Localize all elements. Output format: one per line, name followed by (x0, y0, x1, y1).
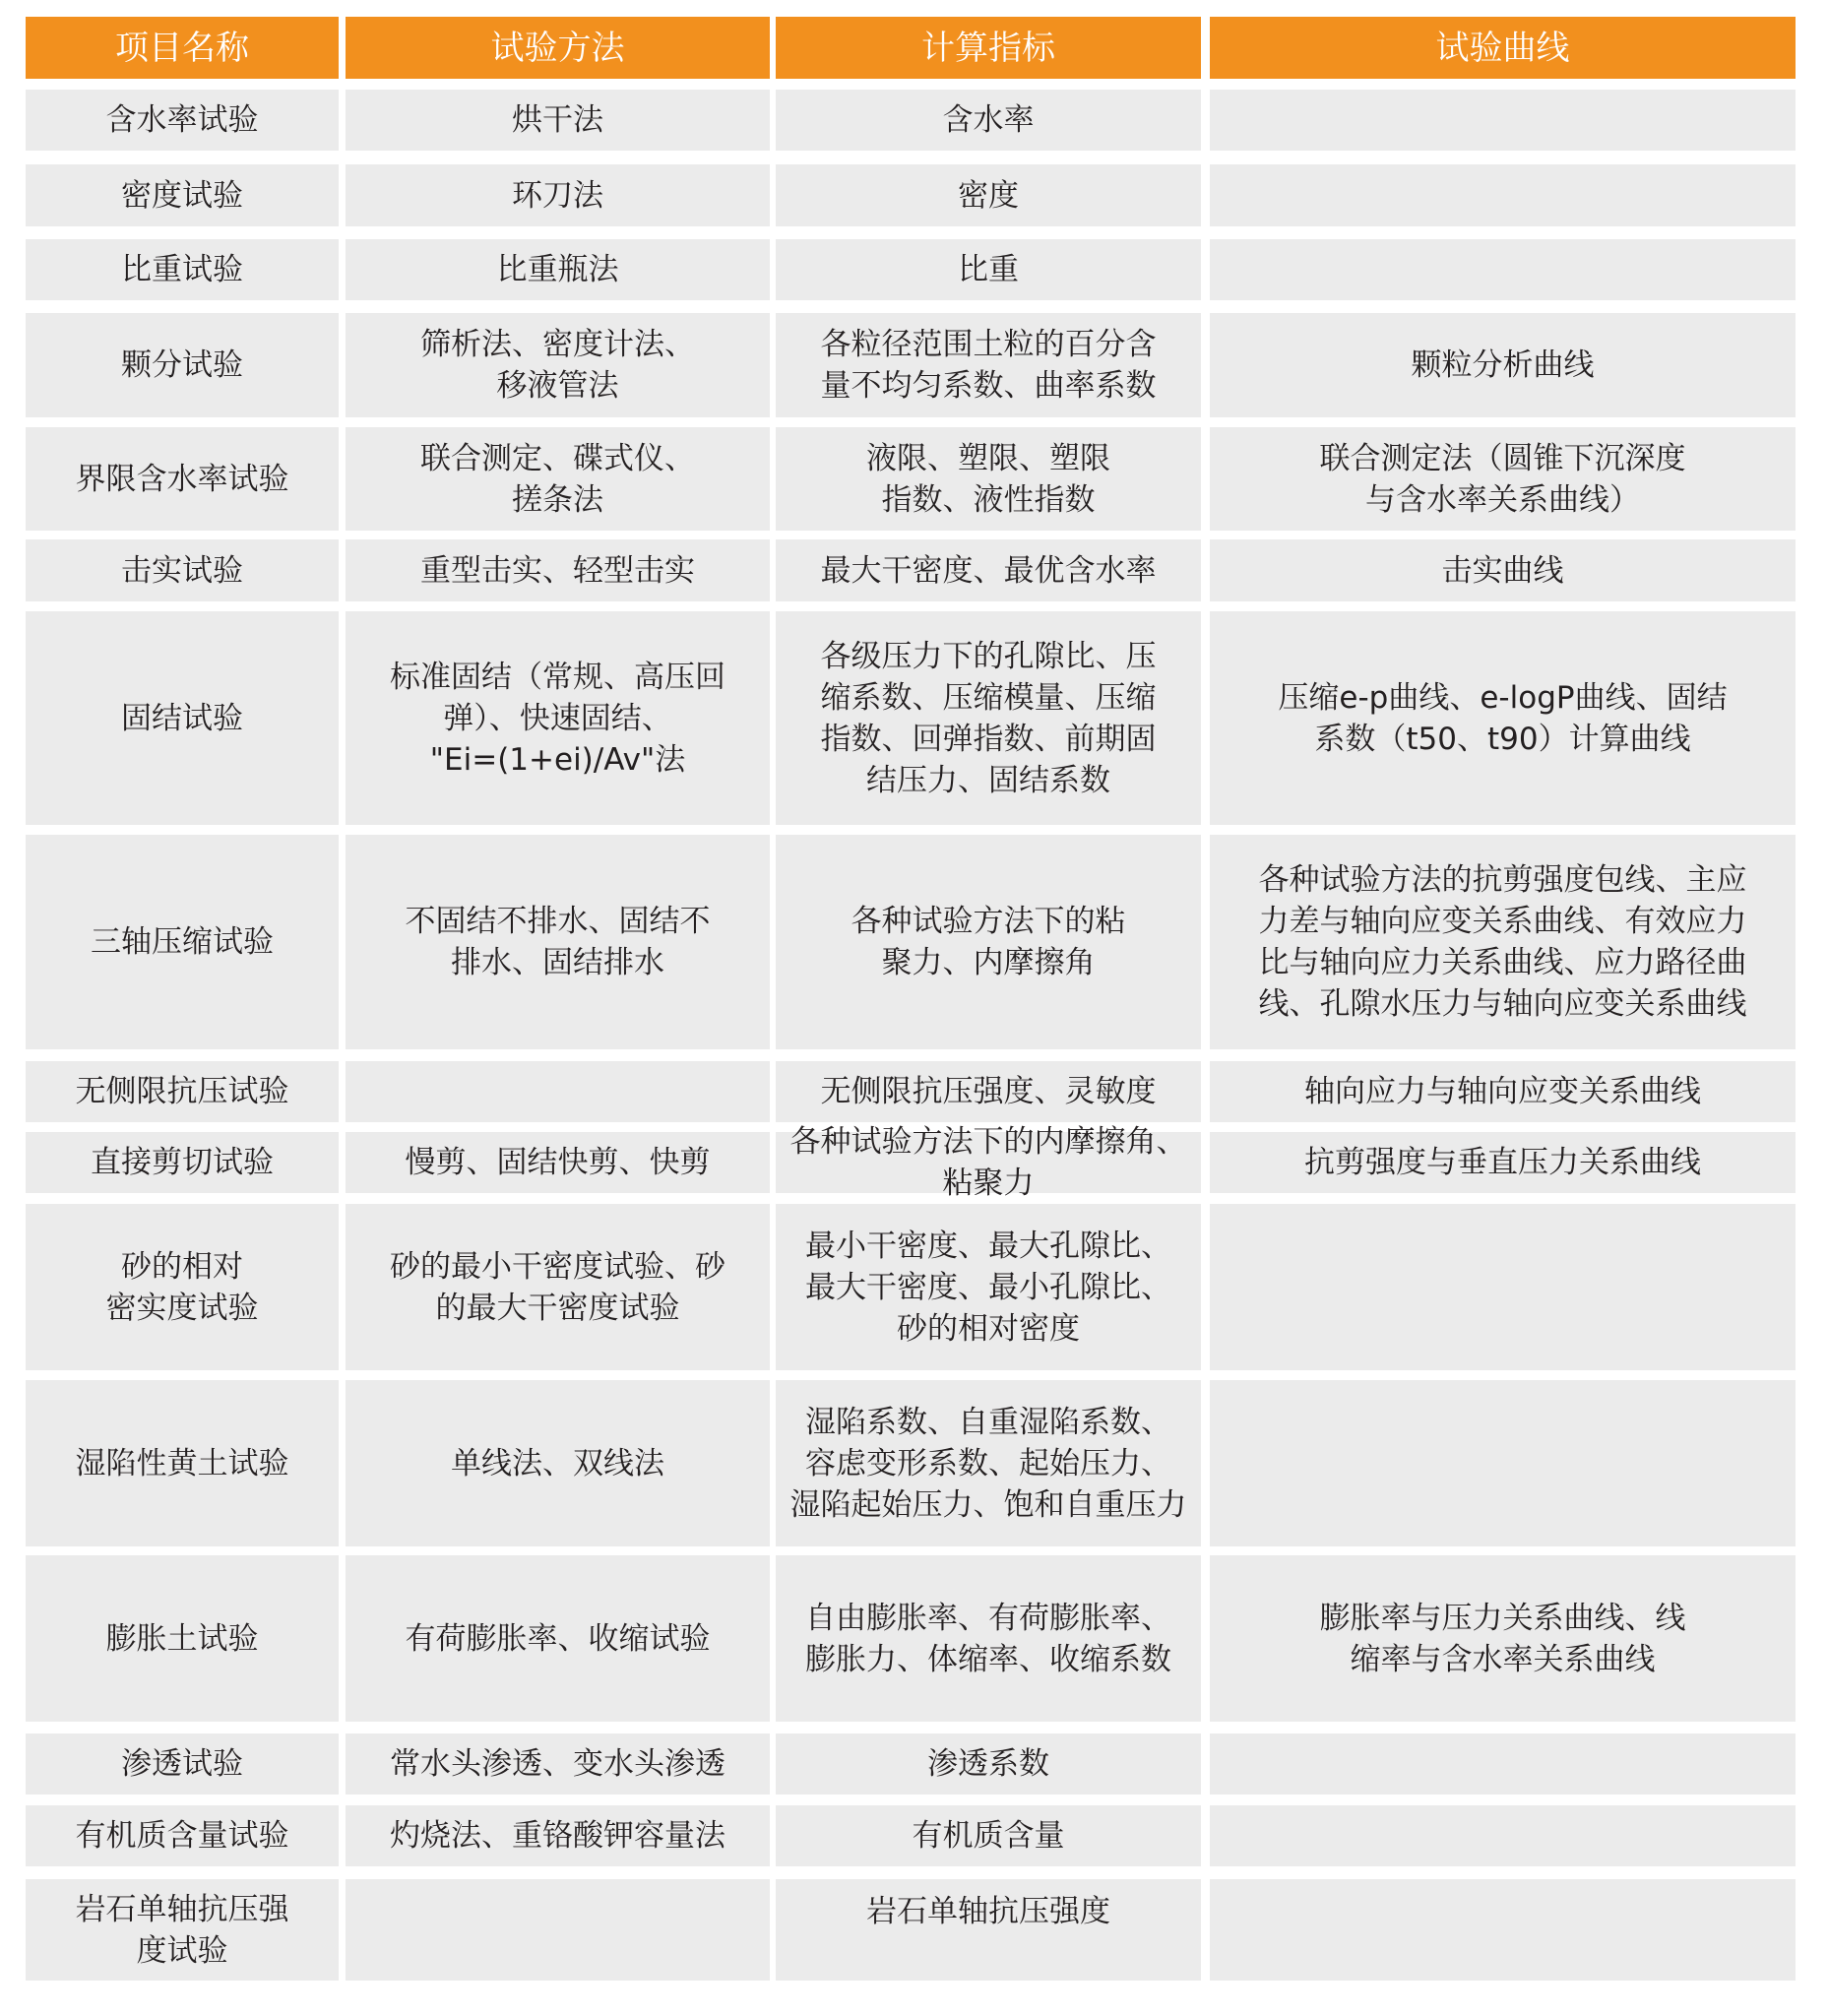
soil-test-table: 项目名称试验方法计算指标试验曲线含水率试验烘干法含水率密度试验环刀法密度比重试验… (0, 0, 1828, 2016)
cell-item-name-text: 击实试验 (121, 550, 243, 592)
cell-test-method: 烘干法 (346, 90, 770, 151)
cell-calc-index: 各粒径范围土粒的百分含 量不均匀系数、曲率系数 (776, 313, 1201, 417)
cell-calc-index: 各级压力下的孔隙比、压 缩系数、压缩模量、压缩 指数、回弹指数、前期固 结压力、… (776, 611, 1201, 825)
cell-item-name-text: 三轴压缩试验 (91, 921, 274, 963)
cell-test-curve (1210, 164, 1796, 226)
cell-test-curve-text: 抗剪强度与垂直压力关系曲线 (1304, 1142, 1701, 1183)
cell-test-curve: 膨胀率与压力关系曲线、线 缩率与含水率关系曲线 (1210, 1555, 1796, 1722)
cell-item-name: 有机质含量试验 (26, 1805, 339, 1866)
cell-item-name: 岩石单轴抗压强 度试验 (26, 1879, 339, 1981)
cell-test-method-text: 环刀法 (512, 175, 603, 217)
cell-item-name-text: 砂的相对 密实度试验 (106, 1246, 259, 1329)
cell-test-method: 重型击实、轻型击实 (346, 539, 770, 601)
cell-item-name: 渗透试验 (26, 1733, 339, 1795)
cell-test-method (346, 1879, 770, 1981)
cell-test-curve: 击实曲线 (1210, 539, 1796, 601)
cell-item-name: 三轴压缩试验 (26, 835, 339, 1049)
cell-calc-index: 最大干密度、最优含水率 (776, 539, 1201, 601)
cell-item-name: 颗分试验 (26, 313, 339, 417)
cell-calc-index-text: 最大干密度、最优含水率 (821, 550, 1157, 592)
cell-calc-index-text: 岩石单轴抗压强度 (866, 1891, 1110, 1932)
cell-test-curve (1210, 1733, 1796, 1795)
cell-test-method: 筛析法、密度计法、 移液管法 (346, 313, 770, 417)
cell-calc-index: 含水率 (776, 90, 1201, 151)
cell-calc-index-text: 自由膨胀率、有荷膨胀率、 膨胀力、体缩率、收缩系数 (805, 1598, 1171, 1680)
cell-calc-index-text: 最小干密度、最大孔隙比、 最大干密度、最小孔隙比、 砂的相对密度 (805, 1226, 1171, 1350)
cell-test-method: 联合测定、碟式仪、 搓条法 (346, 427, 770, 531)
cell-calc-index-text: 比重 (958, 249, 1019, 290)
cell-test-curve (1210, 239, 1796, 300)
cell-calc-index-text: 各粒径范围土粒的百分含 量不均匀系数、曲率系数 (821, 324, 1157, 407)
header-test-method: 试验方法 (346, 17, 770, 79)
cell-test-curve: 轴向应力与轴向应变关系曲线 (1210, 1061, 1796, 1122)
cell-test-curve-text: 膨胀率与压力关系曲线、线 缩率与含水率关系曲线 (1320, 1598, 1686, 1680)
cell-calc-index-text: 无侧限抗压强度、灵敏度 (821, 1071, 1157, 1112)
cell-test-method: 不固结不排水、固结不 排水、固结排水 (346, 835, 770, 1049)
cell-test-curve (1210, 1204, 1796, 1370)
header-test-curve: 试验曲线 (1210, 17, 1796, 79)
header-item-name: 项目名称 (26, 17, 339, 79)
cell-item-name: 含水率试验 (26, 90, 339, 151)
cell-test-method: 环刀法 (346, 164, 770, 226)
cell-test-curve: 颗粒分析曲线 (1210, 313, 1796, 417)
cell-item-name-text: 湿陷性黄土试验 (76, 1443, 289, 1484)
cell-calc-index: 无侧限抗压强度、灵敏度 (776, 1061, 1201, 1122)
cell-item-name: 密度试验 (26, 164, 339, 226)
cell-test-method: 砂的最小干密度试验、砂 的最大干密度试验 (346, 1204, 770, 1370)
cell-item-name-text: 有机质含量试验 (76, 1815, 289, 1857)
cell-test-method-text: 慢剪、固结快剪、快剪 (406, 1142, 711, 1183)
cell-item-name: 击实试验 (26, 539, 339, 601)
cell-item-name: 比重试验 (26, 239, 339, 300)
cell-calc-index: 岩石单轴抗压强度 (776, 1879, 1201, 1981)
cell-item-name-text: 渗透试验 (121, 1743, 243, 1785)
cell-item-name-text: 直接剪切试验 (91, 1142, 274, 1183)
cell-test-curve (1210, 90, 1796, 151)
cell-test-method: 慢剪、固结快剪、快剪 (346, 1132, 770, 1193)
cell-test-method-text: 烘干法 (512, 99, 603, 141)
cell-test-curve-text: 压缩e-p曲线、e-logP曲线、固结 系数（t50、t90）计算曲线 (1278, 677, 1727, 760)
cell-test-method-text: 筛析法、密度计法、 移液管法 (420, 324, 695, 407)
cell-item-name-text: 岩石单轴抗压强 度试验 (76, 1889, 289, 1972)
cell-test-method-text: 不固结不排水、固结不 排水、固结排水 (406, 901, 711, 983)
cell-test-method: 标准固结（常规、高压回 弹）、快速固结、 "Ei=(1+ei)/Av"法 (346, 611, 770, 825)
cell-item-name: 膨胀土试验 (26, 1555, 339, 1722)
cell-test-curve (1210, 1879, 1796, 1981)
cell-item-name-text: 膨胀土试验 (106, 1618, 259, 1660)
cell-test-curve-text: 击实曲线 (1442, 550, 1564, 592)
cell-item-name-text: 比重试验 (121, 249, 243, 290)
cell-test-method-text: 常水头渗透、变水头渗透 (390, 1743, 725, 1785)
cell-calc-index: 最小干密度、最大孔隙比、 最大干密度、最小孔隙比、 砂的相对密度 (776, 1204, 1201, 1370)
cell-calc-index: 液限、塑限、塑限 指数、液性指数 (776, 427, 1201, 531)
cell-test-curve (1210, 1380, 1796, 1546)
cell-calc-index-text: 密度 (958, 175, 1019, 217)
cell-calc-index: 密度 (776, 164, 1201, 226)
header-test-method-text: 试验方法 (491, 28, 625, 69)
cell-test-method: 灼烧法、重铬酸钾容量法 (346, 1805, 770, 1866)
cell-test-method (346, 1061, 770, 1122)
cell-calc-index-text: 各种试验方法下的粘 聚力、内摩擦角 (851, 901, 1126, 983)
cell-test-method-text: 单线法、双线法 (451, 1443, 664, 1484)
cell-calc-index-text: 有机质含量 (913, 1815, 1065, 1857)
cell-item-name-text: 固结试验 (121, 698, 243, 739)
cell-calc-index-text: 各级压力下的孔隙比、压 缩系数、压缩模量、压缩 指数、回弹指数、前期固 结压力、… (821, 636, 1157, 801)
cell-test-method-text: 重型击实、轻型击实 (420, 550, 695, 592)
cell-item-name: 湿陷性黄土试验 (26, 1380, 339, 1546)
header-calc-index: 计算指标 (776, 17, 1201, 79)
cell-test-method: 单线法、双线法 (346, 1380, 770, 1546)
header-item-name-text: 项目名称 (115, 28, 249, 69)
cell-item-name-text: 界限含水率试验 (76, 459, 289, 500)
header-test-curve-text: 试验曲线 (1436, 28, 1570, 69)
cell-test-method-text: 有荷膨胀率、收缩试验 (406, 1618, 711, 1660)
cell-calc-index-text: 各种试验方法下的内摩擦角、粘聚力 (786, 1121, 1191, 1204)
cell-test-curve (1210, 1805, 1796, 1866)
cell-test-method-text: 标准固结（常规、高压回 弹）、快速固结、 "Ei=(1+ei)/Av"法 (390, 657, 725, 781)
cell-test-curve: 各种试验方法的抗剪强度包线、主应 力差与轴向应变关系曲线、有效应力 比与轴向应力… (1210, 835, 1796, 1049)
cell-test-curve: 联合测定法（圆锥下沉深度 与含水率关系曲线） (1210, 427, 1796, 531)
cell-test-curve-text: 颗粒分析曲线 (1412, 345, 1595, 386)
cell-test-method: 常水头渗透、变水头渗透 (346, 1733, 770, 1795)
cell-calc-index: 各种试验方法下的内摩擦角、粘聚力 (776, 1132, 1201, 1193)
cell-item-name: 无侧限抗压试验 (26, 1061, 339, 1122)
header-calc-index-text: 计算指标 (921, 28, 1055, 69)
cell-test-curve-text: 各种试验方法的抗剪强度包线、主应 力差与轴向应变关系曲线、有效应力 比与轴向应力… (1259, 859, 1747, 1025)
cell-test-method: 比重瓶法 (346, 239, 770, 300)
cell-test-curve-text: 联合测定法（圆锥下沉深度 与含水率关系曲线） (1320, 438, 1686, 521)
cell-calc-index-text: 渗透系数 (927, 1743, 1049, 1785)
cell-item-name: 界限含水率试验 (26, 427, 339, 531)
cell-calc-index: 自由膨胀率、有荷膨胀率、 膨胀力、体缩率、收缩系数 (776, 1555, 1201, 1722)
cell-item-name-text: 颗分试验 (121, 345, 243, 386)
cell-calc-index-text: 湿陷系数、自重湿陷系数、 容虑变形系数、起始压力、 湿陷起始压力、饱和自重压力 (790, 1402, 1187, 1526)
cell-item-name: 砂的相对 密实度试验 (26, 1204, 339, 1370)
cell-test-method-text: 砂的最小干密度试验、砂 的最大干密度试验 (390, 1246, 725, 1329)
cell-calc-index: 有机质含量 (776, 1805, 1201, 1866)
cell-item-name: 固结试验 (26, 611, 339, 825)
cell-calc-index: 湿陷系数、自重湿陷系数、 容虑变形系数、起始压力、 湿陷起始压力、饱和自重压力 (776, 1380, 1201, 1546)
cell-item-name-text: 密度试验 (121, 175, 243, 217)
cell-test-method-text: 灼烧法、重铬酸钾容量法 (390, 1815, 725, 1857)
cell-test-curve: 压缩e-p曲线、e-logP曲线、固结 系数（t50、t90）计算曲线 (1210, 611, 1796, 825)
cell-test-method-text: 比重瓶法 (497, 249, 619, 290)
cell-calc-index: 渗透系数 (776, 1733, 1201, 1795)
cell-item-name-text: 无侧限抗压试验 (76, 1071, 289, 1112)
cell-calc-index: 各种试验方法下的粘 聚力、内摩擦角 (776, 835, 1201, 1049)
cell-test-method: 有荷膨胀率、收缩试验 (346, 1555, 770, 1722)
cell-test-curve-text: 轴向应力与轴向应变关系曲线 (1304, 1071, 1701, 1112)
cell-item-name-text: 含水率试验 (106, 99, 259, 141)
cell-item-name: 直接剪切试验 (26, 1132, 339, 1193)
cell-calc-index-text: 含水率 (943, 99, 1035, 141)
cell-calc-index-text: 液限、塑限、塑限 指数、液性指数 (866, 438, 1110, 521)
cell-test-curve: 抗剪强度与垂直压力关系曲线 (1210, 1132, 1796, 1193)
cell-calc-index: 比重 (776, 239, 1201, 300)
cell-test-method-text: 联合测定、碟式仪、 搓条法 (420, 438, 695, 521)
